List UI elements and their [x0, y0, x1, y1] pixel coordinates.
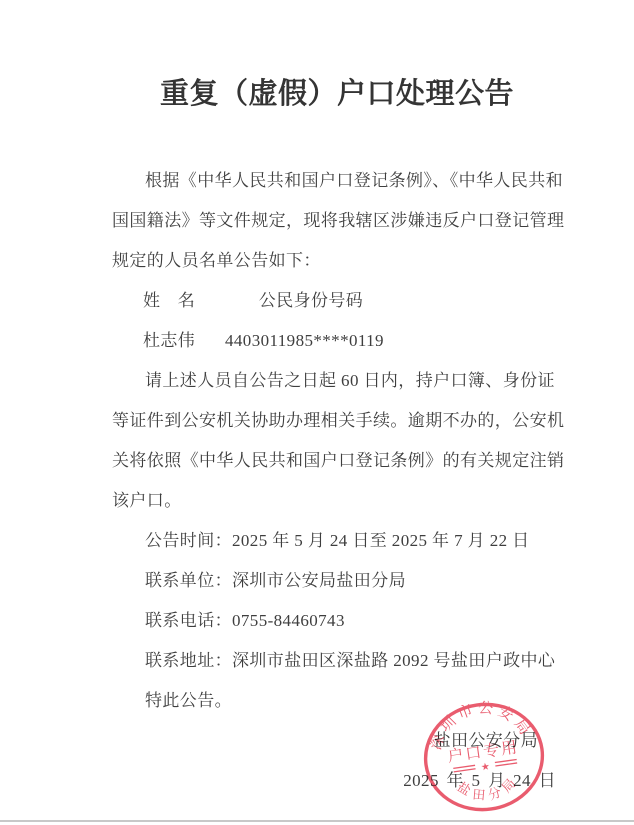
- notice-period-line: 公告时间：2025 年 5 月 24 日至 2025 年 7 月 22 日: [112, 521, 562, 561]
- instruction-line: 关将依照《中华人民共和国户口登记条例》的有关规定注销: [112, 441, 562, 481]
- intro-line: 规定的人员名单公告如下：: [112, 241, 562, 281]
- name-id-header-row: 姓 名 公民身份号码: [112, 281, 562, 321]
- stamp-star-icon: ★: [480, 761, 490, 773]
- intro-line: 根据《中华人民共和国户口登记条例》、《中华人民共和: [112, 161, 562, 201]
- contact-address-line: 联系地址：深圳市盐田区深盐路 2092 号盐田户政中心: [112, 641, 562, 681]
- person-id-number: 4403011985****0119: [225, 321, 384, 361]
- intro-line: 国国籍法》等文件规定，现将我辖区涉嫌违反户口登记管理: [112, 201, 562, 241]
- id-column-header: 公民身份号码: [225, 281, 397, 321]
- contact-phone-line: 联系电话：0755-84460743: [112, 601, 562, 641]
- instruction-line: 该户口。: [112, 481, 562, 521]
- instruction-line: 请上述人员自公告之日起 60 日内，持户口簿、身份证: [112, 361, 562, 401]
- person-row: 杜志伟 4403011985****0119: [112, 321, 562, 361]
- contact-unit-line: 联系单位：深圳市公安局盐田分局: [112, 561, 562, 601]
- name-column-header: 姓 名: [143, 281, 225, 321]
- instruction-line: 等证件到公安机关协助办理相关手续。逾期不办的，公安机: [112, 401, 562, 441]
- notice-page: 重复（虚假）户口处理公告 根据《中华人民共和国户口登记条例》、《中华人民共和 国…: [0, 0, 634, 825]
- page-bottom-edge: [0, 820, 634, 822]
- official-stamp: 深圳市公安局 户口专用 ★ 盐田分局: [423, 700, 547, 814]
- person-name: 杜志伟: [143, 321, 225, 361]
- notice-title: 重复（虚假）户口处理公告: [112, 72, 562, 116]
